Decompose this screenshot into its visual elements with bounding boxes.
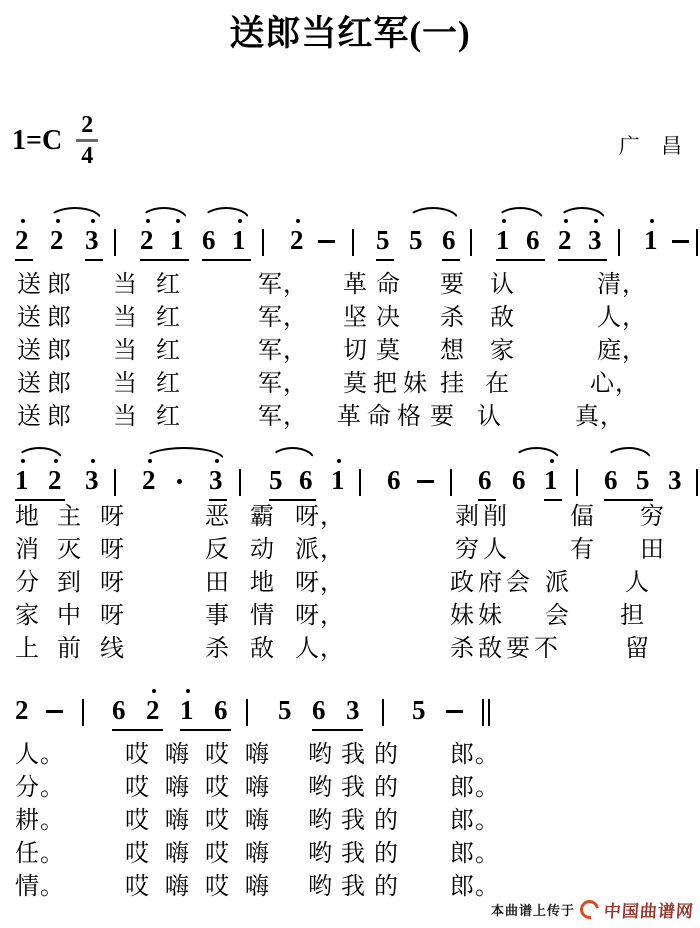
lyric-char: 呀， xyxy=(295,570,345,596)
lyric-char: 呀， xyxy=(295,504,345,530)
slur-arc xyxy=(605,447,652,460)
lyric-char: 嗨 xyxy=(165,742,190,768)
duration-dash xyxy=(446,710,463,713)
note-digit: 6 xyxy=(526,226,540,254)
lyric-char: 哎 xyxy=(205,775,230,801)
lyric-char: 的 xyxy=(374,874,399,900)
lyric-char: 呀， xyxy=(295,603,345,629)
lyric-char: 耕。 xyxy=(15,808,65,834)
lyric-char: 当 xyxy=(113,404,138,430)
lyric-char: 当 xyxy=(113,305,138,331)
lyric-char: 反 xyxy=(205,537,230,563)
lyric-char: 当 xyxy=(113,338,138,364)
note-digit: 3 xyxy=(668,466,682,494)
note-digit: 2 xyxy=(15,696,29,724)
lyric-char: 政 xyxy=(450,570,475,596)
lyric-char: 上 xyxy=(15,636,40,662)
lyric-char: 红 xyxy=(156,338,181,364)
lyric-char: 情 xyxy=(250,603,275,629)
duration-dash xyxy=(417,480,434,483)
lyric-char: 任。 xyxy=(15,841,65,867)
lyric-char: 偪 xyxy=(570,504,595,530)
lyric-char: 哎 xyxy=(125,841,150,867)
slur-arc xyxy=(48,207,102,220)
lyric-char: 嗨 xyxy=(245,874,270,900)
lyric-char: 派 xyxy=(545,570,570,596)
beam-underline xyxy=(269,499,316,501)
lyric-char: 哟 xyxy=(308,808,333,834)
beam-underline xyxy=(180,729,231,731)
lyric-char: 会 xyxy=(506,570,531,596)
lyric-char: 送 xyxy=(17,272,42,298)
lyric-char: 妹 xyxy=(403,371,428,397)
lyric-char: 军， xyxy=(258,371,308,397)
lyric-char: 郎。 xyxy=(450,742,500,768)
lyric-char: 红 xyxy=(156,404,181,430)
lyric-char: 郎 xyxy=(47,371,72,397)
site-name-text: 中国曲谱网 xyxy=(603,897,695,922)
lyric-char: 革 xyxy=(337,404,362,430)
beam-underline xyxy=(140,259,189,261)
barline xyxy=(576,469,578,496)
barline xyxy=(352,229,354,256)
sheet-music-page: 送郎当红军(一) 1=C 2 4 广 昌 2232161255616231123… xyxy=(0,0,700,928)
octave-dot xyxy=(152,689,156,693)
slur-arc xyxy=(558,207,606,220)
lyric-char: 地 xyxy=(250,570,275,596)
lyric-char: 恶 xyxy=(205,504,230,530)
lyric-char: 我 xyxy=(341,808,366,834)
barline xyxy=(82,699,84,726)
note-digit: 3 xyxy=(209,466,223,494)
lyric-char: 留 xyxy=(625,636,650,662)
lyric-char: 坚 xyxy=(343,305,368,331)
lyric-char: 送 xyxy=(17,371,42,397)
lyric-char: 莫 xyxy=(376,338,401,364)
note-digit: 5 xyxy=(278,696,292,724)
augmentation-dot xyxy=(177,479,182,484)
note-digit: 1 xyxy=(331,466,345,494)
octave-dot xyxy=(296,219,300,223)
lyric-char: 决 xyxy=(376,305,401,331)
note-digit: 6 xyxy=(299,466,313,494)
lyric-char: 莫 xyxy=(343,371,368,397)
lyric-char: 线 xyxy=(100,636,125,662)
lyric-char: 军， xyxy=(258,404,308,430)
slur-arc xyxy=(407,207,459,220)
beam-underline xyxy=(604,499,653,501)
slur-arc xyxy=(270,447,315,460)
note-digit: 1 xyxy=(544,466,558,494)
note-digit: 6 xyxy=(112,696,126,724)
duration-dash xyxy=(46,710,63,713)
lyric-char: 我 xyxy=(341,841,366,867)
lyric-char: 哎 xyxy=(205,874,230,900)
octave-dot xyxy=(186,689,190,693)
lyric-char: 认 xyxy=(490,272,515,298)
lyric-char: 分 xyxy=(15,570,40,596)
lyric-char: 前 xyxy=(57,636,82,662)
beam-underline xyxy=(376,259,394,261)
note-digit: 1 xyxy=(15,466,29,494)
lyric-char: 的 xyxy=(374,841,399,867)
lyric-char: 哎 xyxy=(125,742,150,768)
lyric-char: 分。 xyxy=(15,775,65,801)
slur-arc xyxy=(143,447,225,460)
note-digit: 2 xyxy=(15,226,29,254)
octave-dot xyxy=(21,219,25,223)
lyric-char: 嗨 xyxy=(245,742,270,768)
beam-underline xyxy=(312,729,363,731)
barline xyxy=(262,229,264,256)
lyric-char: 人， xyxy=(295,636,345,662)
beam-underline xyxy=(478,499,496,501)
lyric-char: 事 xyxy=(205,603,230,629)
beam-underline xyxy=(202,259,251,261)
lyric-char: 把 xyxy=(373,371,398,397)
duration-dash xyxy=(672,240,689,243)
octave-dot xyxy=(650,219,654,223)
lyric-char: 郎。 xyxy=(450,808,500,834)
lyric-char: 哎 xyxy=(205,742,230,768)
lyric-char: 人 xyxy=(625,570,650,596)
barline xyxy=(239,469,241,496)
lyric-char: 哎 xyxy=(205,841,230,867)
lyric-char: 府 xyxy=(478,570,503,596)
lyric-char: 妹 xyxy=(450,603,475,629)
note-digit: 2 xyxy=(558,226,572,254)
duration-dash xyxy=(318,240,335,243)
lyric-char: 穷 xyxy=(640,504,665,530)
lyric-char: 杀 xyxy=(440,305,465,331)
lyric-char: 哎 xyxy=(205,808,230,834)
lyric-char: 认 xyxy=(477,404,502,430)
lyric-char: 动 xyxy=(250,537,275,563)
lyric-char: 郎 xyxy=(47,338,72,364)
note-digit: 5 xyxy=(636,466,650,494)
note-digit: 6 xyxy=(387,466,401,494)
lyric-char: 哟 xyxy=(308,742,333,768)
lyric-char: 郎。 xyxy=(450,841,500,867)
beam-underline xyxy=(15,259,33,261)
lyric-char: 革 xyxy=(343,272,368,298)
note-digit: 1 xyxy=(232,226,246,254)
lyric-char: 人， xyxy=(597,305,647,331)
lyric-char: 哎 xyxy=(125,808,150,834)
barline xyxy=(470,229,472,256)
note-digit: 3 xyxy=(85,466,99,494)
uploaded-by-text: 本曲谱上传于 xyxy=(491,900,575,919)
lyric-char: 中 xyxy=(57,603,82,629)
note-digit: 5 xyxy=(412,696,426,724)
note-digit: 2 xyxy=(48,466,62,494)
note-digit: 3 xyxy=(588,226,602,254)
lyric-char: 当 xyxy=(113,272,138,298)
lyric-char: 哎 xyxy=(125,874,150,900)
lyric-char: 霸 xyxy=(250,504,275,530)
barline xyxy=(696,229,698,256)
beam-underline xyxy=(442,259,460,261)
lyric-char: 要 xyxy=(430,404,455,430)
note-digit: 3 xyxy=(346,696,360,724)
note-digit: 1 xyxy=(180,696,194,724)
note-digit: 2 xyxy=(146,696,160,724)
lyric-char: 庭， xyxy=(597,338,647,364)
lyric-char: 哟 xyxy=(308,874,333,900)
final-barline xyxy=(488,699,490,726)
lyric-char: 嗨 xyxy=(165,841,190,867)
lyric-char: 不 xyxy=(534,636,559,662)
site-logo-icon xyxy=(576,896,602,922)
lyric-char: 军， xyxy=(258,305,308,331)
lyric-char: 敌 xyxy=(250,636,275,662)
lyric-char: 灭 xyxy=(57,537,82,563)
lyric-char: 命 xyxy=(367,404,392,430)
lyric-char: 送 xyxy=(17,305,42,331)
lyric-char: 嗨 xyxy=(165,775,190,801)
lyric-char: 要 xyxy=(440,272,465,298)
note-digit: 6 xyxy=(442,226,456,254)
note-digit: 2 xyxy=(50,226,64,254)
lyric-char: 有 xyxy=(570,537,595,563)
note-digit: 6 xyxy=(214,696,228,724)
lyric-char: 派， xyxy=(295,537,345,563)
lyric-char: 送 xyxy=(17,338,42,364)
beam-underline xyxy=(558,259,607,261)
lyric-char: 郎 xyxy=(47,305,72,331)
note-digit: 6 xyxy=(478,466,492,494)
slur-arc xyxy=(140,207,188,220)
lyric-char: 要 xyxy=(506,636,531,662)
note-digit: 1 xyxy=(170,226,184,254)
barline xyxy=(696,469,698,496)
lyric-char: 郎 xyxy=(47,404,72,430)
barline xyxy=(618,229,620,256)
lyric-char: 家 xyxy=(15,603,40,629)
lyric-char: 的 xyxy=(374,808,399,834)
beam-underline xyxy=(15,499,65,501)
lyric-char: 杀 xyxy=(450,636,475,662)
barline xyxy=(359,469,361,496)
octave-dot xyxy=(337,459,341,463)
slur-arc xyxy=(513,447,560,460)
lyric-char: 真， xyxy=(575,404,625,430)
lyric-char: 剥 xyxy=(455,504,480,530)
note-digit: 2 xyxy=(142,466,156,494)
slur-arc xyxy=(202,207,250,220)
lyric-char: 敌 xyxy=(478,636,503,662)
lyric-char: 在 xyxy=(485,371,510,397)
lyric-char: 杀 xyxy=(205,636,230,662)
note-digit: 6 xyxy=(512,466,526,494)
lyric-char: 呀 xyxy=(100,504,125,530)
lyric-char: 红 xyxy=(156,371,181,397)
lyric-char: 格 xyxy=(397,404,422,430)
lyric-char: 会 xyxy=(545,603,570,629)
lyric-char: 妹 xyxy=(478,603,503,629)
lyric-char: 田 xyxy=(640,537,665,563)
note-digit: 5 xyxy=(269,466,283,494)
note-digit: 1 xyxy=(644,226,658,254)
lyric-char: 命 xyxy=(376,272,401,298)
note-digit: 2 xyxy=(290,226,304,254)
lyric-char: 军， xyxy=(258,338,308,364)
note-digit: 3 xyxy=(85,226,99,254)
slur-arc xyxy=(496,207,544,220)
lyric-char: 郎 xyxy=(47,272,72,298)
note-digit: 6 xyxy=(312,696,326,724)
lyric-char: 主 xyxy=(57,504,82,530)
beam-underline xyxy=(85,259,103,261)
beam-underline xyxy=(112,729,163,731)
lyric-char: 呀 xyxy=(100,603,125,629)
lyric-char: 担 xyxy=(620,603,645,629)
note-digit: 6 xyxy=(202,226,216,254)
slur-arc xyxy=(16,447,63,460)
lyric-char: 呀 xyxy=(100,570,125,596)
barline xyxy=(450,469,452,496)
beam-underline xyxy=(544,499,562,501)
lyric-char: 人 xyxy=(483,537,508,563)
lyric-char: 消 xyxy=(15,537,40,563)
lyric-char: 郎。 xyxy=(450,775,500,801)
lyric-char: 心， xyxy=(590,371,640,397)
lyric-char: 想 xyxy=(440,338,465,364)
lyric-char: 削 xyxy=(483,504,508,530)
barline xyxy=(114,469,116,496)
lyric-char: 哟 xyxy=(308,775,333,801)
lyric-char: 地 xyxy=(15,504,40,530)
lyric-char: 送 xyxy=(17,404,42,430)
lyric-char: 我 xyxy=(341,874,366,900)
lyric-char: 清， xyxy=(597,272,647,298)
lyric-char: 人。 xyxy=(15,742,65,768)
barline xyxy=(246,699,248,726)
barline xyxy=(114,229,116,256)
lyric-char: 敌 xyxy=(490,305,515,331)
note-digit: 6 xyxy=(604,466,618,494)
lyric-char: 当 xyxy=(113,371,138,397)
lyric-char: 挂 xyxy=(440,371,465,397)
beam-underline xyxy=(496,259,545,261)
lyric-char: 军， xyxy=(258,272,308,298)
note-digit: 5 xyxy=(409,226,423,254)
score-area: 2232161255616231123235616661653262165635… xyxy=(0,0,700,928)
lyric-char: 到 xyxy=(57,570,82,596)
lyric-char: 呀 xyxy=(100,537,125,563)
lyric-char: 情。 xyxy=(15,874,65,900)
lyric-char: 哟 xyxy=(308,841,333,867)
lyric-char: 嗨 xyxy=(245,808,270,834)
lyric-char: 切 xyxy=(343,338,368,364)
note-digit: 5 xyxy=(376,226,390,254)
lyric-char: 红 xyxy=(156,305,181,331)
lyric-char: 的 xyxy=(374,775,399,801)
lyric-char: 嗨 xyxy=(245,775,270,801)
lyric-char: 的 xyxy=(374,742,399,768)
lyric-char: 我 xyxy=(341,742,366,768)
lyric-char: 哎 xyxy=(125,775,150,801)
lyric-char: 家 xyxy=(490,338,515,364)
footer-watermark: 本曲谱上传于 中国曲谱网 xyxy=(491,897,694,922)
beam-underline xyxy=(209,499,227,501)
note-digit: 2 xyxy=(140,226,154,254)
note-digit: 1 xyxy=(496,226,510,254)
lyric-char: 嗨 xyxy=(245,841,270,867)
lyric-char: 田 xyxy=(205,570,230,596)
lyric-char: 红 xyxy=(156,272,181,298)
octave-dot xyxy=(91,459,95,463)
lyric-char: 穷 xyxy=(455,537,480,563)
lyric-char: 嗨 xyxy=(165,874,190,900)
lyric-char: 嗨 xyxy=(165,808,190,834)
final-barline xyxy=(482,699,484,726)
lyric-char: 我 xyxy=(341,775,366,801)
barline xyxy=(382,699,384,726)
